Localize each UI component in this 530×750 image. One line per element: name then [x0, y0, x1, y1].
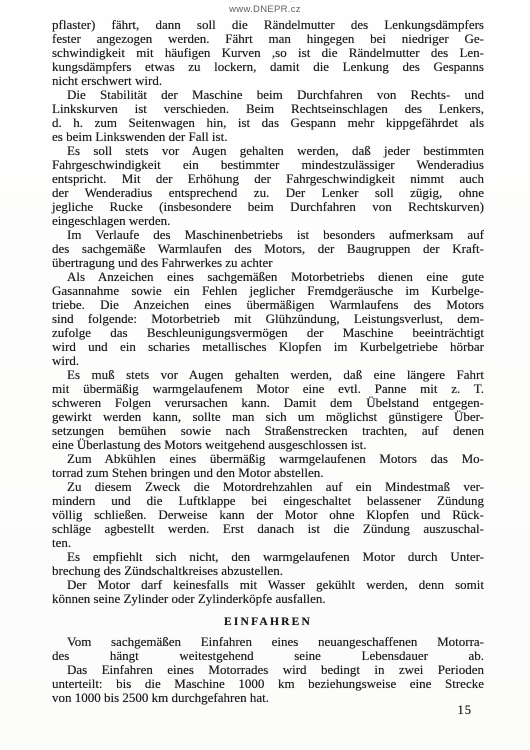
text-line: Als Anzeichen eines sachgemäßen Motorbet…: [52, 270, 484, 284]
text-line: können seine Zylinder oder Zylinderköpfe…: [52, 592, 484, 606]
text-line: mindern und die Luftklappe bei eingescha…: [52, 494, 484, 508]
text-line: entspricht. Mit der Erhöhung der Fahrges…: [52, 172, 484, 186]
scanned-document-page: ··· www.DNEPR.cz pflaster) fährt, dann s…: [0, 0, 530, 750]
text-line: triebe. Die Anzeichen eines übermäßigen …: [52, 298, 484, 312]
text-line: schwindigkeit mit häufigen Kurven ,so is…: [52, 46, 484, 60]
text-line: ten.: [52, 536, 484, 550]
content: pflaster) fährt, dann soll die Rändelmut…: [52, 18, 484, 705]
page-number: 15: [458, 703, 473, 718]
text-line: wird und ein scharies metallisches Klopf…: [52, 340, 484, 354]
text-line: übertragung und des Fahrwerkes zu achter: [52, 256, 484, 270]
text-line: eingeschlagen werden.: [52, 214, 484, 228]
text-line: wird.: [52, 354, 484, 368]
text-line: Es muß stets vor Augen gehalten werden, …: [52, 368, 484, 382]
paragraph: Der Motor darf keinesfalls mit Wasser ge…: [52, 578, 484, 606]
paragraph: Im Verlaufe des Maschinenbetriebs ist be…: [52, 228, 484, 270]
scan-artifact: ···: [289, 1, 297, 3]
text-line: von 1000 bis 2500 km durchgefahren hat.: [52, 691, 484, 705]
text-line: völlig schließen. Derweise kann der Moto…: [52, 508, 484, 522]
paragraph: Es empfiehlt sich nicht, den warmgelaufe…: [52, 550, 484, 578]
text-line: kungsdämpfers etwas zu lockern, damit di…: [52, 60, 484, 74]
text-line: jegliche Rucke (insbesondere beim Durchf…: [52, 200, 484, 214]
text-line: schweren Folgen verursachen kann. Damit …: [52, 396, 484, 410]
text-line: nicht erschwert wird.: [52, 74, 484, 88]
text-line: Linkskurven ist verschieden. Beim Rechts…: [52, 102, 484, 116]
text-line: Der Motor darf keinesfalls mit Wasser ge…: [52, 578, 484, 592]
text-line: Es empfiehlt sich nicht, den warmgelaufe…: [52, 550, 484, 564]
text-line: gewirkt werden kann, sollte man sich um …: [52, 410, 484, 424]
text-line: Im Verlaufe des Maschinenbetriebs ist be…: [52, 228, 484, 242]
text-line: brechung des Zündschaltkreises abzustell…: [52, 564, 484, 578]
text-line: pflaster) fährt, dann soll die Rändelmut…: [52, 18, 484, 32]
text-line: Vom sachgemäßen Einfahren eines neuanges…: [52, 635, 484, 649]
text-line: Gasannahme sowie ein Fehlen jeglicher Fr…: [52, 284, 484, 298]
text-line: mit übermäßig warmgelaufenem Motor eine …: [52, 382, 484, 396]
text-line: des hängt weitestgehend seine Lebensdaue…: [52, 649, 484, 663]
paragraph: Vom sachgemäßen Einfahren eines neuanges…: [52, 635, 484, 705]
text-line: unterteilt: bis die Maschine 1000 km bez…: [52, 677, 484, 691]
text-line: d. h. zum Seitenwagen hin, ist das Gespa…: [52, 116, 484, 130]
paragraph: pflaster) fährt, dann soll die Rändelmut…: [52, 18, 484, 88]
paragraph: Zum Abkühlen eines übermäßig warmgelaufe…: [52, 452, 484, 480]
text-line: zufolge das Beschleunigungsvermögen der …: [52, 326, 484, 340]
text-line: schläge agbestellt werden. Erst danach i…: [52, 522, 484, 536]
text-line: setzungen bemühen sowie nach Straßenstre…: [52, 424, 484, 438]
paragraph: Zu diesem Zweck die Motordrehzahlen auf …: [52, 480, 484, 550]
text-line: des sachgemäße Warmlaufen des Motors, de…: [52, 242, 484, 256]
text-line: Es soll stets vor Augen gehalten werden,…: [52, 144, 484, 158]
text-line: torrad zum Stehen bringen und den Motor …: [52, 466, 484, 480]
text-line: sind folgende: Motorbetrieb mit Glühzünd…: [52, 312, 484, 326]
text-line: fester angezogen werden. Fährt man hinge…: [52, 32, 484, 46]
text-line: Zum Abkühlen eines übermäßig warmgelaufe…: [52, 452, 484, 466]
paragraph: Es muß stets vor Augen gehalten werden, …: [52, 368, 484, 452]
paragraph: Die Stabilität der Maschine beim Durchfa…: [52, 88, 484, 144]
text-line: Fahrgeschwindigkeit ein bestimmter minde…: [52, 158, 484, 172]
text-line: Das Einfahren eines Motorrades wird bedi…: [52, 663, 484, 677]
paragraph: Als Anzeichen eines sachgemäßen Motorbet…: [52, 270, 484, 368]
paragraph: Es soll stets vor Augen gehalten werden,…: [52, 144, 484, 228]
text-line: eine Überlastung des Motors weitgehend a…: [52, 438, 484, 452]
text-line: Die Stabilität der Maschine beim Durchfa…: [52, 88, 484, 102]
text-line: es beim Linkswenden der Fall ist.: [52, 130, 484, 144]
text-line: Zu diesem Zweck die Motordrehzahlen auf …: [52, 480, 484, 494]
watermark: www.DNEPR.cz: [0, 0, 530, 15]
text-line: der Wenderadius entsprechend zu. Der Len…: [52, 186, 484, 200]
section-heading: EINFAHREN: [52, 615, 484, 629]
